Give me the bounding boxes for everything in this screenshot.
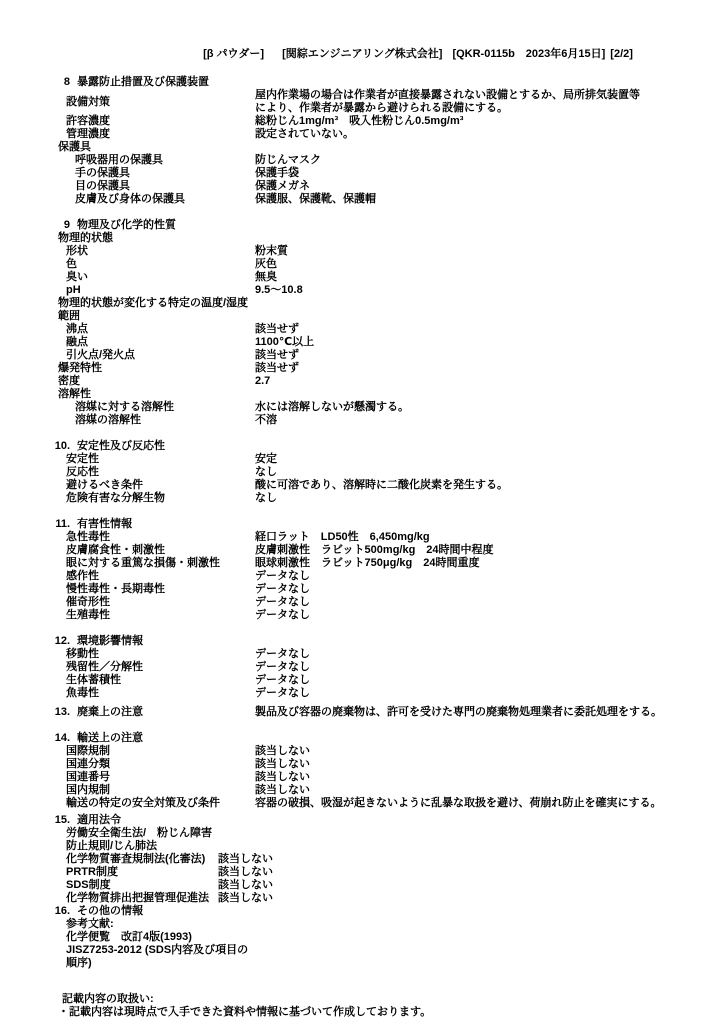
field-value: 該当しない [218,866,714,879]
field-label: 沸点 [66,323,255,336]
field-value: 該当せず [255,323,714,336]
section-header: 10. 安定性及び反応性 [50,440,714,453]
field-row: 残留性／分解性 データなし [50,661,714,674]
field-value: 灰色 [255,258,714,271]
field-value: 該当せず [255,362,714,375]
field-row: 目の保護具 保護メガネ [50,180,714,193]
field-label: 安定性 [66,453,255,466]
field-row: 設備対策 屋内作業場の場合は作業者が直接暴露されない設備とするか、局所排気装置等… [50,89,714,115]
field-row: 危険有害な分解生物 なし [50,492,714,505]
field-row: 避けるべき条件 酸に可溶であり、溶解時に二酸化炭素を発生する。 [50,479,714,492]
field-value: 9.5～10.8 [255,284,714,297]
field-value: 無臭 [255,271,714,284]
section-header: 15. 適用法令 [50,814,714,827]
field-row: JISZ7253-2012 (SDS内容及び項目の順序) [50,944,714,970]
field-label: 物理的状態 [58,232,255,245]
field-value: 該当しない [255,745,714,758]
field-value: 安定 [255,453,714,466]
section: 14. 輸送上の注意 国際規制 該当しない 国連分類 該当しない 国連番号 該当… [50,732,714,810]
field-row: 物理的状態が変化する特定の温度/湿度範囲 [50,297,714,323]
field-value [255,304,714,317]
field-row: 移動性 データなし [50,648,714,661]
field-row: 化学便覧 改訂4版(1993) [50,931,714,944]
field-row: 皮膚腐食性・刺激性 皮膚刺激性 ラビット500mg/kg 24時間中程度 [50,544,714,557]
field-label: 生体蓄積性 [66,674,255,687]
section-number: 10. [50,440,70,453]
section: 8 暴露防止措置及び保護装置 設備対策 屋内作業場の場合は作業者が直接暴露されな… [50,76,714,206]
section-title: 廃棄上の注意 [77,706,143,719]
field-row: 化学物質排出把握管理促進法 該当しない [50,892,714,905]
section-number: 11. [50,518,70,531]
section-title: 暴露防止措置及び保護装置 [77,76,209,89]
field-label: 国内規制 [66,784,255,797]
field-label: 反応性 [66,466,255,479]
field-label: 物理的状態が変化する特定の温度/湿度範囲 [58,297,255,323]
field-row: PRTR制度 該当しない [50,866,714,879]
field-label: 魚毒性 [66,687,255,700]
field-label: 残留性／分解性 [66,661,255,674]
field-value [255,388,714,401]
field-value: 酸に可溶であり、溶解時に二酸化炭素を発生する。 [255,479,714,492]
section-number: 9 [50,219,70,232]
field-label: 引火点/発火点 [66,349,255,362]
field-value: 眼球刺激性 ラビット750μg/kg 24時間重度 [255,557,714,570]
field-label: 参考文献: [66,918,255,931]
sections: 8 暴露防止措置及び保護装置 設備対策 屋内作業場の場合は作業者が直接暴露されな… [50,76,714,970]
field-row: 国際規制 該当しない [50,745,714,758]
field-value: 保護メガネ [255,180,714,193]
field-row: 臭い 無臭 [50,271,714,284]
field-value: データなし [255,674,714,687]
section: 13. 廃棄上の注意 製品及び容器の廃棄物は、許可を受けた専門の廃棄物処理業者に… [50,706,714,719]
section-header: 14. 輸送上の注意 [50,732,714,745]
field-row: 管理濃度 設定されていない。 [50,128,714,141]
field-row: 慢性毒性・長期毒性 データなし [50,583,714,596]
field-label: 輸送の特定の安全対策及び条件 [66,797,255,810]
field-row: 参考文献: [50,918,714,931]
field-label: 目の保護具 [75,180,255,193]
footer-heading: 記載内容の取扱い: [50,993,714,1006]
section-title: 有害性情報 [77,518,132,531]
field-label: JISZ7253-2012 (SDS内容及び項目の順序) [66,944,255,970]
field-row: 溶媒に対する溶解性 水には溶解しないが懸濁する。 [50,401,714,414]
field-row: SDS制度 該当しない [50,879,714,892]
field-value: データなし [255,609,714,622]
field-label: 皮膚及び身体の保護具 [75,193,255,206]
section: 9 物理及び化学的性質 物理的状態 形状 粉末質 色 灰色 臭い 無臭 pH 9… [50,219,714,427]
section-title: 安定性及び反応性 [77,440,165,453]
field-row: 化学物質審査規制法(化審法) 該当しない [50,853,714,866]
section-title: 物理及び化学的性質 [77,219,176,232]
field-value: データなし [255,661,714,674]
field-row: 色 灰色 [50,258,714,271]
field-value: なし [255,492,714,505]
field-value: 該当せず [255,349,714,362]
product-name: [β パウダー] [203,48,264,61]
field-value: 経口ラット LD50性 6,450mg/kg [255,531,714,544]
section-title: 輸送上の注意 [77,732,143,745]
section: 11. 有害性情報 急性毒性 経口ラット LD50性 6,450mg/kg 皮膚… [50,518,714,622]
section-header: 11. 有害性情報 [50,518,714,531]
field-value [255,918,714,931]
page-number: [2/2] [610,48,633,61]
section: 15. 適用法令 労働安全衛生法/ 粉じん障害防止規則/じん肺法 化学物質審査規… [50,814,714,905]
field-label: 国連分類 [66,758,255,771]
field-value [255,931,714,944]
field-row: 魚毒性 データなし [50,687,714,700]
field-row: 引火点/発火点 該当せず [50,349,714,362]
field-row: 国連番号 該当しない [50,771,714,784]
sds-page: [β パウダー][関綜エンジニアリング株式会社][QKR-0115b 2023年… [0,0,724,1024]
field-value: 該当しない [255,784,714,797]
field-label: 急性毒性 [66,531,255,544]
section-number: 15. [50,814,70,827]
field-value: 屋内作業場の場合は作業者が直接暴露されない設備とするか、局所排気装置等 により、… [255,89,714,115]
field-value: なし [255,466,714,479]
field-label: 化学物質審査規制法(化審法) [66,853,218,866]
field-value: 保護服、保護靴、保護帽 [255,193,714,206]
field-label: 保護具 [58,141,255,154]
section-header: 13. 廃棄上の注意 製品及び容器の廃棄物は、許可を受けた専門の廃棄物処理業者に… [50,706,714,719]
field-row: 呼吸器用の保護具 防じんマスク [50,154,714,167]
section: 10. 安定性及び反応性 安定性 安定 反応性 なし 避けるべき条件 酸に可溶で… [50,440,714,505]
field-row: 密度 2.7 [50,375,714,388]
field-row: 皮膚及び身体の保護具 保護服、保護靴、保護帽 [50,193,714,206]
section-number: 12. [50,635,70,648]
field-label: 色 [66,258,255,271]
field-value: 設定されていない。 [255,128,714,141]
field-value: 1100℃以上 [255,336,714,349]
field-label: 融点 [66,336,255,349]
field-value: 2.7 [255,375,714,388]
section-number: 16. [50,905,70,918]
section-header: 16. その他の情報 [50,905,714,918]
field-row: 安定性 安定 [50,453,714,466]
field-label: pH [66,284,255,297]
field-row: 生体蓄積性 データなし [50,674,714,687]
field-row: 溶媒の溶解性 不溶 [50,414,714,427]
field-row: 溶解性 [50,388,714,401]
field-value: データなし [255,596,714,609]
section-number: 13. [50,706,70,719]
field-label: 管理濃度 [66,128,255,141]
section-rows: 労働安全衛生法/ 粉じん障害防止規則/じん肺法 化学物質審査規制法(化審法) 該… [50,827,714,905]
field-value: 容器の破損、吸湿が起きないように乱暴な取扱を避け、荷崩れ防止を確実にする。 [255,797,714,810]
field-row: 保護具 [50,141,714,154]
field-label: 国連番号 [66,771,255,784]
field-row: 融点 1100℃以上 [50,336,714,349]
field-value: 総粉じん1mg/m³ 吸入性粉じん0.5mg/m³ [255,115,714,128]
section-rows: 移動性 データなし 残留性／分解性 データなし 生体蓄積性 データなし 魚毒性 … [50,648,714,700]
section-title: 環境影響情報 [77,635,143,648]
field-value: 不溶 [255,414,714,427]
section-header: 12. 環境影響情報 [50,635,714,648]
field-row: 労働安全衛生法/ 粉じん障害防止規則/じん肺法 [50,827,714,853]
field-label: 溶解性 [58,388,255,401]
section-number: 8 [50,76,70,89]
field-row: 手の保護具 保護手袋 [50,167,714,180]
field-row: 沸点 該当せず [50,323,714,336]
field-value: 水には溶解しないが懸濁する。 [255,401,714,414]
field-row: 許容濃度 総粉じん1mg/m³ 吸入性粉じん0.5mg/m³ [50,115,714,128]
field-label: 呼吸器用の保護具 [75,154,255,167]
field-label: 臭い [66,271,255,284]
field-row: 物理的状態 [50,232,714,245]
field-value: 該当しない [255,771,714,784]
field-label: 労働安全衛生法/ 粉じん障害防止規則/じん肺法 [66,827,218,853]
field-label: 危険有害な分解生物 [66,492,255,505]
field-label: 手の保護具 [75,167,255,180]
field-label: 化学便覧 改訂4版(1993) [66,931,255,944]
company-name: [関綜エンジニアリング株式会社] [282,48,442,61]
field-row: 反応性 なし [50,466,714,479]
field-row: 催奇形性 データなし [50,596,714,609]
field-value: データなし [255,687,714,700]
field-value: 該当しない [218,892,714,905]
field-value [255,232,714,245]
field-label: 皮膚腐食性・刺激性 [66,544,255,557]
field-value: 該当しない [218,853,714,866]
field-row: pH 9.5～10.8 [50,284,714,297]
field-label: 設備対策 [66,96,255,109]
field-row: 爆発特性 該当せず [50,362,714,375]
field-row: 感作性 データなし [50,570,714,583]
section-header: 9 物理及び化学的性質 [50,219,714,232]
field-label: 眼に対する重篤な損傷・刺激性 [66,557,255,570]
field-value [255,141,714,154]
document-header: [β パウダー][関綜エンジニアリング株式会社][QKR-0115b 2023年… [50,48,714,61]
section: 12. 環境影響情報 移動性 データなし 残留性／分解性 データなし 生体蓄積性… [50,635,714,700]
field-label: 催奇形性 [66,596,255,609]
section-rows: 急性毒性 経口ラット LD50性 6,450mg/kg 皮膚腐食性・刺激性 皮膚… [50,531,714,622]
field-value: 皮膚刺激性 ラビット500mg/kg 24時間中程度 [255,544,714,557]
section-title: その他の情報 [77,905,143,918]
field-label: 形状 [66,245,255,258]
field-value: 該当しない [218,879,714,892]
field-value: 該当しない [255,758,714,771]
section-rows: 安定性 安定 反応性 なし 避けるべき条件 酸に可溶であり、溶解時に二酸化炭素を… [50,453,714,505]
field-row: 国内規制 該当しない [50,784,714,797]
field-value: データなし [255,583,714,596]
field-value [255,951,714,964]
document-code: [QKR-0115b 2023年6月15日] [452,48,605,61]
field-label: 溶媒の溶解性 [75,414,255,427]
field-row: 生殖毒性 データなし [50,609,714,622]
field-label: 慢性毒性・長期毒性 [66,583,255,596]
section-header: 8 暴露防止措置及び保護装置 [50,76,714,89]
section-title-value: 製品及び容器の廃棄物は、許可を受けた専門の廃棄物処理業者に委託処理をする。 [255,706,710,719]
field-label: 移動性 [66,648,255,661]
field-label: 許容濃度 [66,115,255,128]
field-value: 防じんマスク [255,154,714,167]
field-value: データなし [255,648,714,661]
section-title: 適用法令 [77,814,121,827]
field-value: 保護手袋 [255,167,714,180]
footer-notes: 記載内容の取扱い: ・記載内容は現時点で入手できた資料や情報に基づいて作成してお… [50,993,714,1019]
section-number: 14. [50,732,70,745]
section-rows: 国際規制 該当しない 国連分類 該当しない 国連番号 該当しない 国内規制 該当… [50,745,714,810]
field-label: 溶媒に対する溶解性 [75,401,255,414]
field-row: 急性毒性 経口ラット LD50性 6,450mg/kg [50,531,714,544]
field-label: 化学物質排出把握管理促進法 [66,892,218,905]
field-label: SDS制度 [66,879,218,892]
section: 16. その他の情報 参考文献: 化学便覧 改訂4版(1993) JISZ725… [50,905,714,970]
field-label: 密度 [58,375,255,388]
field-value: データなし [255,570,714,583]
field-value [218,834,714,847]
field-label: 避けるべき条件 [66,479,255,492]
field-value: 粉末質 [255,245,714,258]
section-rows: 参考文献: 化学便覧 改訂4版(1993) JISZ7253-2012 (SDS… [50,918,714,970]
field-label: PRTR制度 [66,866,218,879]
section-rows: 物理的状態 形状 粉末質 色 灰色 臭い 無臭 pH 9.5～10.8 物理的状… [50,232,714,427]
field-row: 眼に対する重篤な損傷・刺激性 眼球刺激性 ラビット750μg/kg 24時間重度 [50,557,714,570]
field-row: 輸送の特定の安全対策及び条件 容器の破損、吸湿が起きないように乱暴な取扱を避け、… [50,797,714,810]
field-label: 生殖毒性 [66,609,255,622]
field-label: 爆発特性 [58,362,255,375]
field-row: 形状 粉末質 [50,245,714,258]
footer-note: ・記載内容は現時点で入手できた資料や情報に基づいて作成しております。 [50,1006,714,1019]
section-rows: 設備対策 屋内作業場の場合は作業者が直接暴露されない設備とするか、局所排気装置等… [50,89,714,206]
field-label: 感作性 [66,570,255,583]
field-row: 国連分類 該当しない [50,758,714,771]
field-label: 国際規制 [66,745,255,758]
